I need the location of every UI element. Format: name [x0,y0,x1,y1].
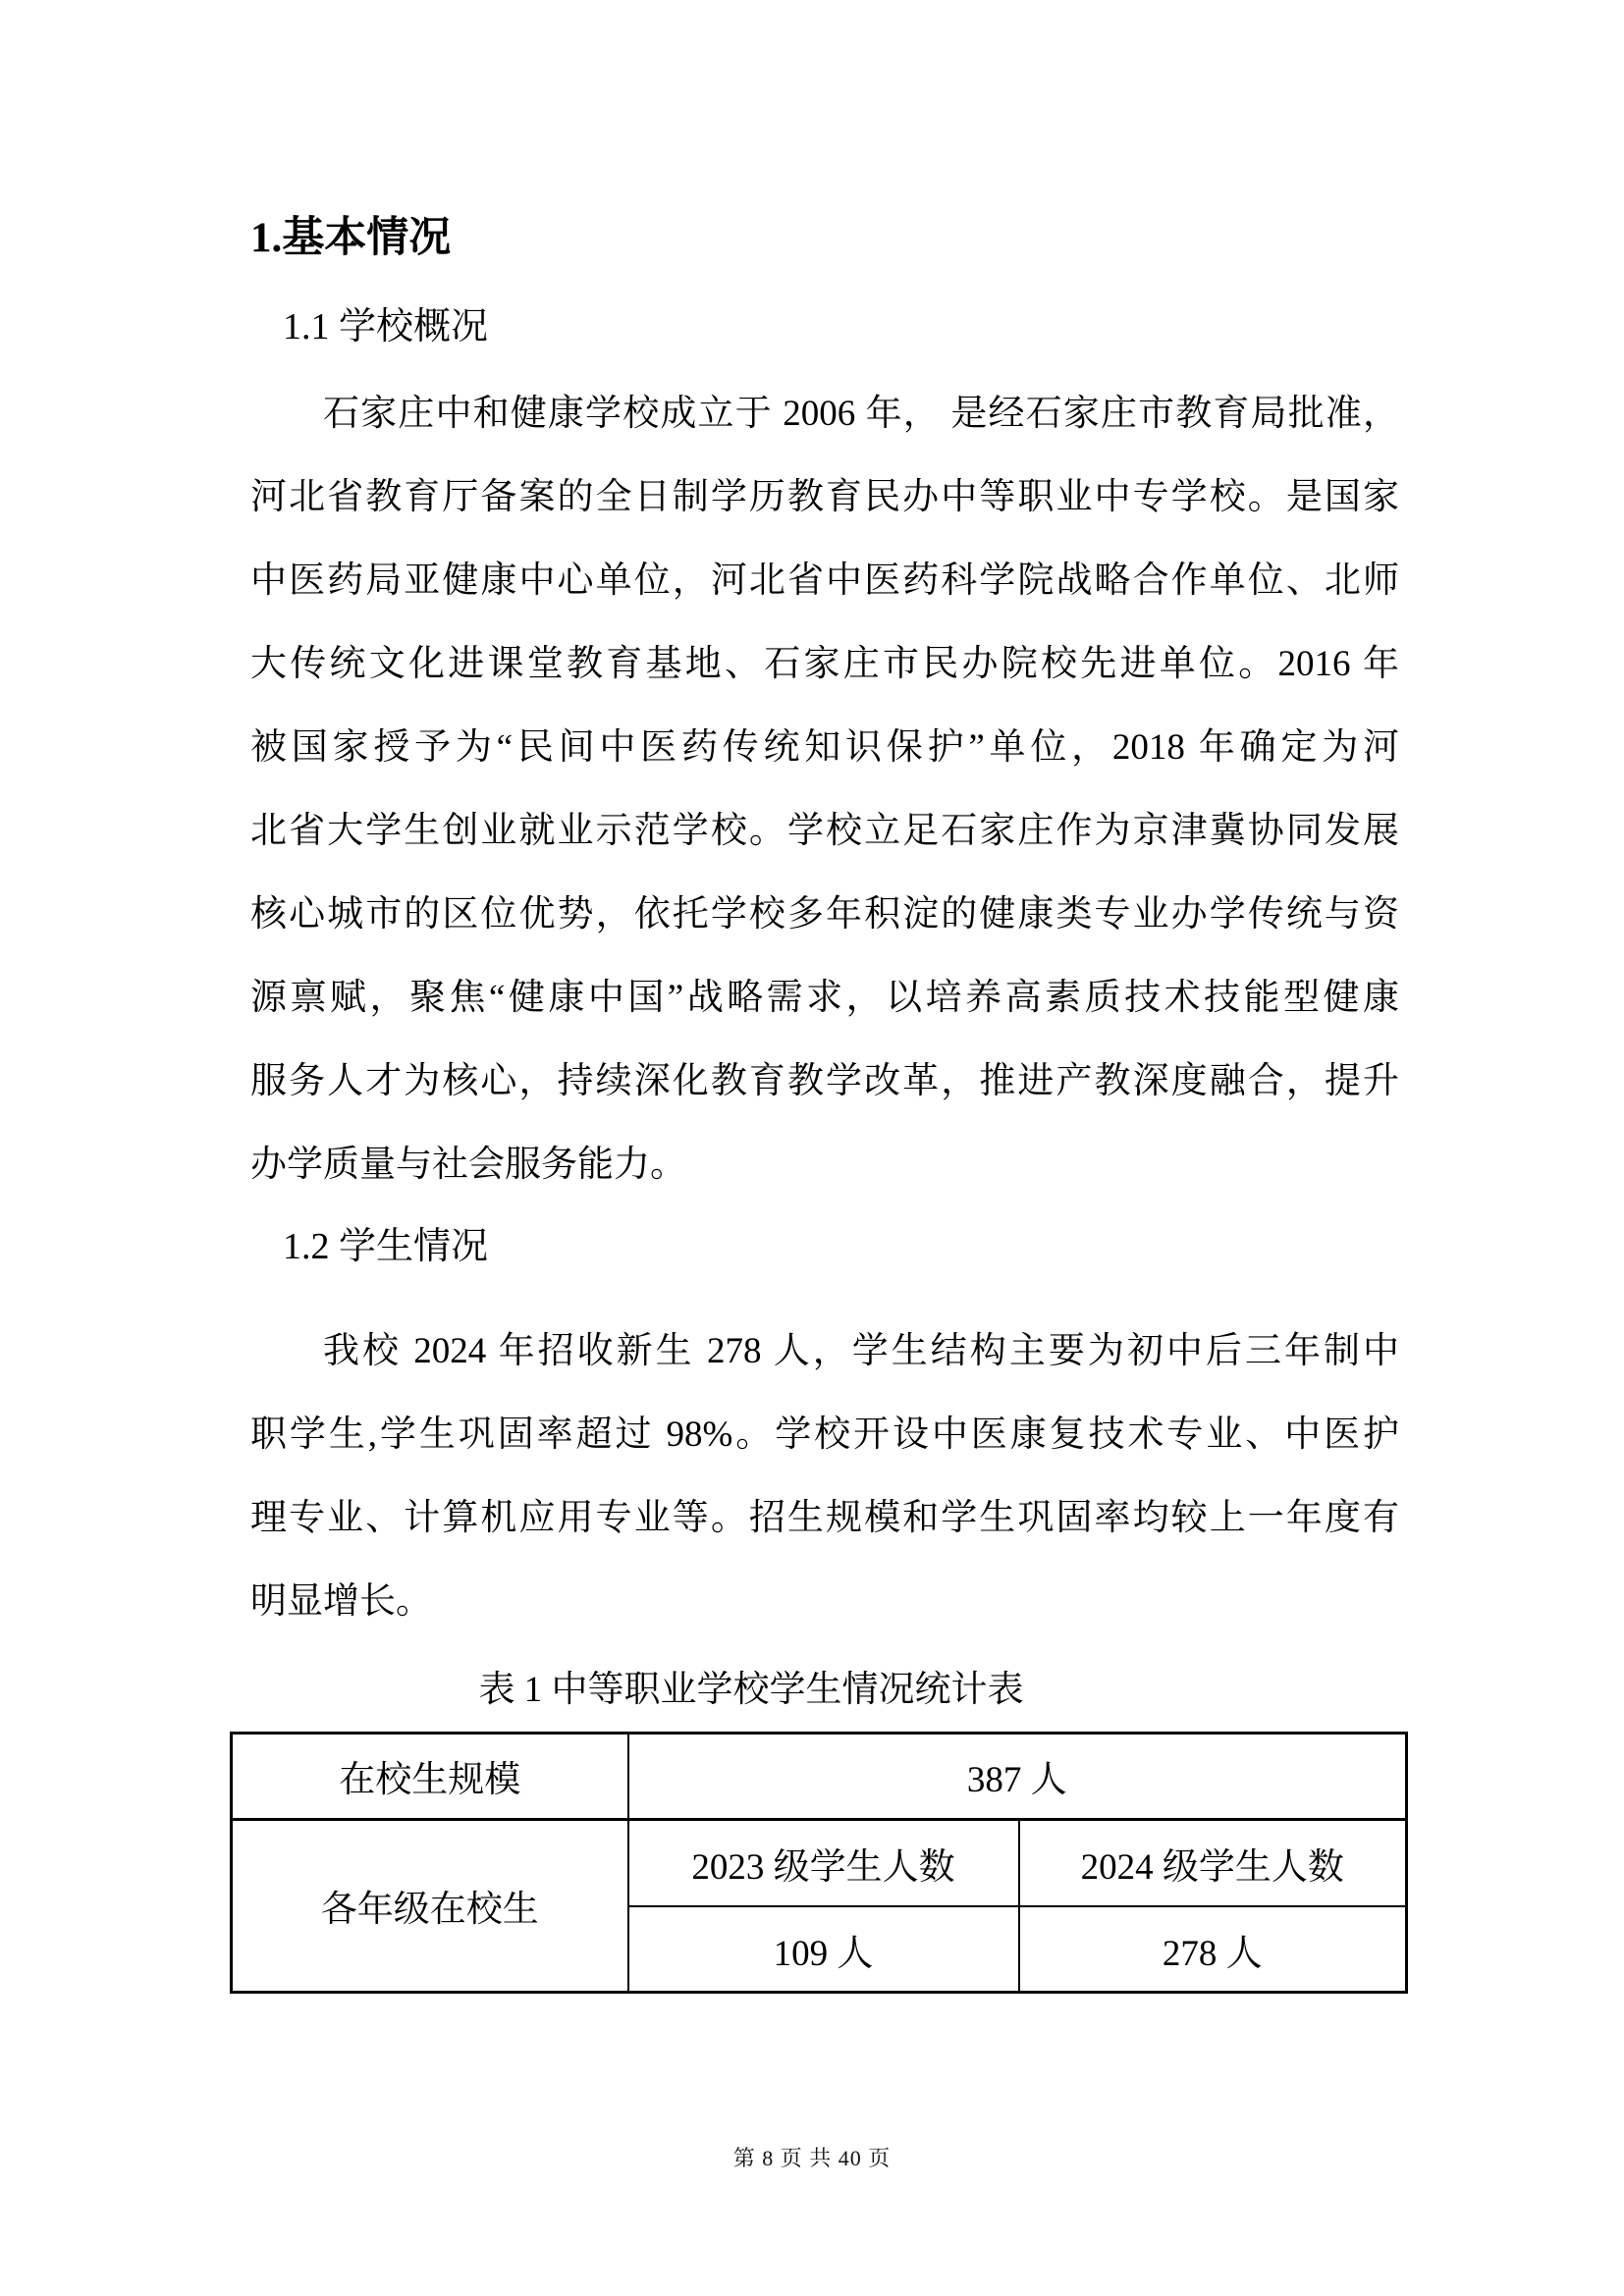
page-content: 1.基本情况 1.1 学校概况 石家庄中和健康学校成立于 2006 年， 是经石… [0,0,1624,1994]
table-row: 各年级在校生 2023 级学生人数 2024 级学生人数 [232,1819,1407,1906]
table-cell-enrollment-scale-value: 387 人 [628,1733,1407,1819]
table-cell-value-2023: 109 人 [628,1906,1019,1992]
subsection-heading-student-info: 1.2 学生情况 [283,1226,1399,1269]
paragraph-school-overview: 石家庄中和健康学校成立于 2006 年， 是经石家庄市教育局批准， 河北省教育厅… [250,372,1399,1206]
subsection-heading-school-overview: 1.1 学校概况 [283,306,1399,349]
table-cell-value-2024: 278 人 [1019,1906,1407,1992]
paragraph-line: 大传统文化进课堂教育基地、石家庄市民办院校先进单位。2016 年 [250,622,1399,706]
paragraph-line: 源禀赋，聚焦“健康中国”战略需求，以培养高素质技术技能型健康 [250,956,1399,1040]
table-caption: 表 1 中等职业学校学生情况统计表 [250,1648,1252,1732]
paragraph-line: 北省大学生创业就业示范学校。学校立足石家庄作为京津冀协同发展 [250,789,1399,873]
document-page: 1.基本情况 1.1 学校概况 石家庄中和健康学校成立于 2006 年， 是经石… [0,0,1624,2296]
paragraph-line: 石家庄中和健康学校成立于 2006 年， 是经石家庄市教育局批准， [250,372,1399,455]
table-row: 在校生规模 387 人 [232,1733,1407,1819]
paragraph-line: 办学质量与社会服务能力。 [250,1123,1399,1206]
table-cell-header-2023: 2023 级学生人数 [628,1819,1019,1906]
paragraph-student-info: 我校 2024 年招收新生 278 人，学生结构主要为初中后三年制中 职学生,学… [250,1309,1399,1643]
paragraph-line: 明显增长。 [250,1560,1399,1643]
paragraph-line: 我校 2024 年招收新生 278 人，学生结构主要为初中后三年制中 [250,1309,1399,1393]
paragraph-line: 服务人才为核心，持续深化教育教学改革，推进产教深度融合，提升 [250,1040,1399,1123]
table-cell-enrollment-scale-label: 在校生规模 [232,1733,628,1819]
paragraph-line: 职学生,学生巩固率超过 98%。学校开设中医康复技术专业、中医护 [250,1393,1399,1476]
page-number: 第 8 页 共 40 页 [0,2142,1624,2172]
table-cell-header-2024: 2024 级学生人数 [1019,1819,1407,1906]
paragraph-line: 河北省教育厅备案的全日制学历教育民办中等职业中专学校。是国家 [250,455,1399,539]
table-cell-grades-label: 各年级在校生 [232,1819,628,1992]
paragraph-line: 理专业、计算机应用专业等。招生规模和学生巩固率均较上一年度有 [250,1476,1399,1560]
paragraph-line: 被国家授予为“民间中医药传统知识保护”单位，2018 年确定为河 [250,706,1399,789]
paragraph-line: 核心城市的区位优势，依托学校多年积淀的健康类专业办学传统与资 [250,873,1399,956]
paragraph-line: 中医药局亚健康中心单位，河北省中医药科学院战略合作单位、北师 [250,539,1399,622]
student-statistics-table: 在校生规模 387 人 各年级在校生 2023 级学生人数 2024 级学生人数… [230,1732,1408,1994]
section-heading-basic-info: 1.基本情况 [250,214,1399,262]
